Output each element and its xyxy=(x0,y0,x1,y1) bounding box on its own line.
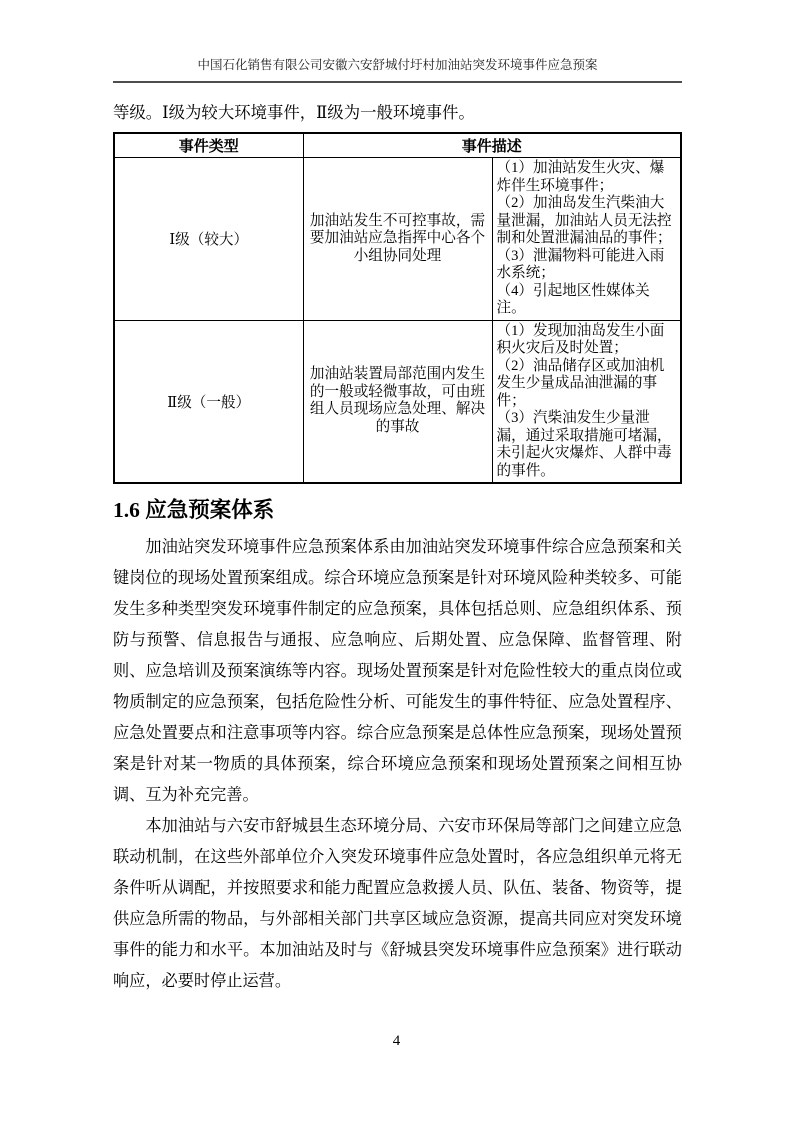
paragraph-linkage-mechanism: 本加油站与六安市舒城县生态环境分局、六安市环保局等部门之间建立应急联动机制，在这… xyxy=(113,811,682,997)
table-row-level1: Ⅰ级（较大） 加油站发生不可控事故，需要加油站应急指挥中心各个小组协同处理 （1… xyxy=(114,158,681,321)
page-number: 4 xyxy=(0,1033,793,1050)
level2-summary-cell: 加油站装置局部范围内发生的一般或轻微事故，可由班组人员现场应急处理、解决的事故 xyxy=(303,320,492,483)
section-heading-1-6: 1.6 应急预案体系 xyxy=(113,497,682,523)
column-header-event-type: 事件类型 xyxy=(114,133,303,158)
level1-details-cell: （1）加油站发生火灾、爆炸伴生环境事件； （2）加油岛发生汽柴油大量泄漏，加油站… xyxy=(492,158,681,321)
header-title: 中国石化销售有限公司安徽六安舒城付圩村加油站突发环境事件应急预案 xyxy=(113,57,682,83)
page-header: 中国石化销售有限公司安徽六安舒城付圩村加油站突发环境事件应急预案 xyxy=(113,0,682,83)
column-header-event-description: 事件描述 xyxy=(303,133,681,158)
level2-type-cell: Ⅱ级（一般） xyxy=(114,320,303,483)
document-page: 中国石化销售有限公司安徽六安舒城付圩村加油站突发环境事件应急预案 等级。Ⅰ级为较… xyxy=(0,0,793,1122)
table-row-level2: Ⅱ级（一般） 加油站装置局部范围内发生的一般或轻微事故，可由班组人员现场应急处理… xyxy=(114,320,681,483)
table-header-row: 事件类型 事件描述 xyxy=(114,133,681,158)
level1-type-cell: Ⅰ级（较大） xyxy=(114,158,303,321)
event-level-table: 事件类型 事件描述 Ⅰ级（较大） 加油站发生不可控事故，需要加油站应急指挥中心各… xyxy=(113,132,682,484)
level1-summary-cell: 加油站发生不可控事故，需要加油站应急指挥中心各个小组协同处理 xyxy=(303,158,492,321)
paragraph-plan-system: 加油站突发环境事件应急预案体系由加油站突发环境事件综合应急预案和关键岗位的现场处… xyxy=(113,532,682,811)
level2-details-cell: （1）发现加油岛发生小面积火灾后及时处置； （2）油品储存区或加油机发生少量成品… xyxy=(492,320,681,483)
intro-text: 等级。Ⅰ级为较大环境事件，Ⅱ级为一般环境事件。 xyxy=(113,101,682,125)
